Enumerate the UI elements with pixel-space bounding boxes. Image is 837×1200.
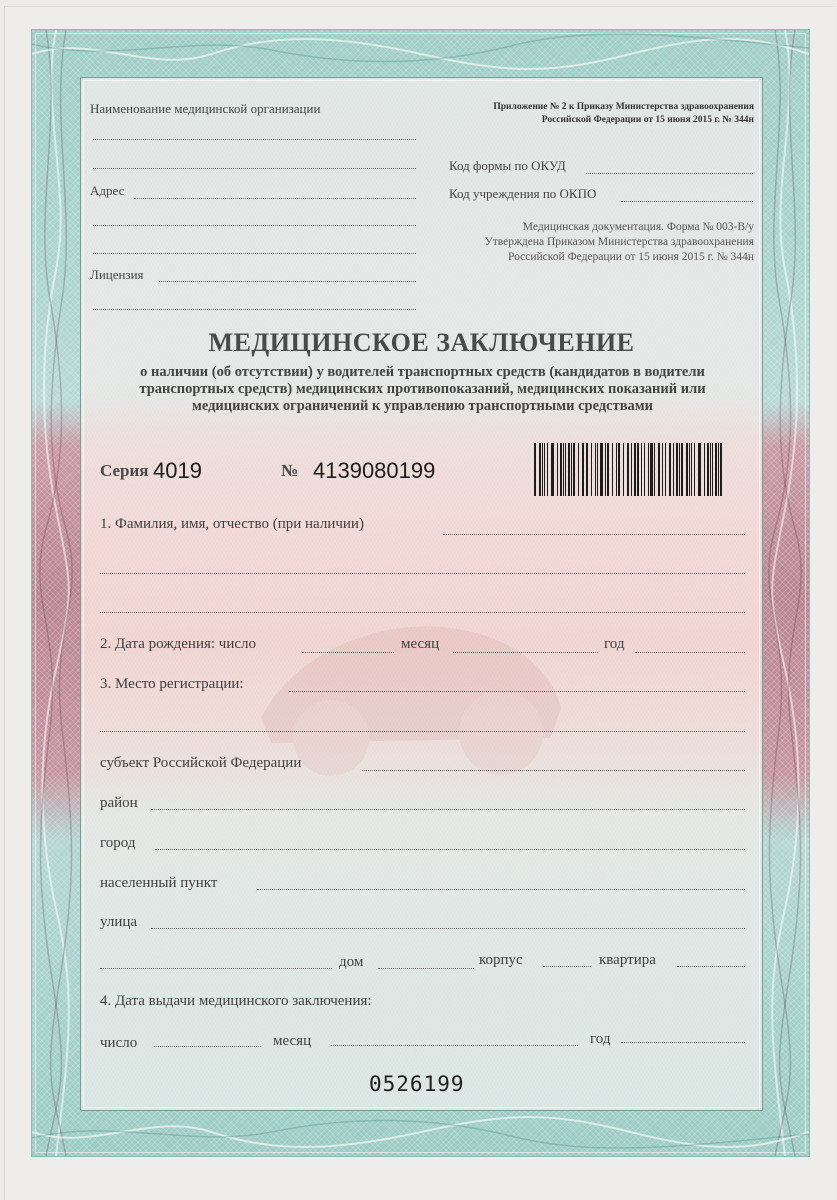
issue-day-label: число — [100, 1035, 137, 1052]
address-line-2[interactable] — [93, 225, 416, 226]
birth-month-field[interactable] — [453, 652, 598, 653]
okud-field[interactable] — [586, 173, 753, 174]
issue-day-field[interactable] — [154, 1046, 261, 1047]
subject-label: субъект Российской Федерации — [100, 755, 301, 772]
street-field[interactable] — [151, 928, 745, 929]
address-label: Адрес — [90, 183, 124, 199]
left-border-ornament — [32, 30, 80, 1156]
appendix-line-2: Российской Федерации от 15 июня 2015 г. … — [493, 114, 754, 127]
building-field[interactable] — [543, 966, 591, 967]
settlement-field[interactable] — [257, 889, 745, 890]
appendix-note: Приложение № 2 к Приказу Министерства зд… — [493, 101, 754, 127]
birth-date-label: 2. Дата рождения: число — [100, 636, 256, 653]
city-field[interactable] — [155, 849, 745, 850]
district-label: район — [100, 795, 138, 812]
full-name-line-2[interactable] — [100, 573, 745, 574]
full-name-line-3[interactable] — [100, 612, 745, 613]
document-subtitle: о наличии (об отсутствии) у водителей тр… — [106, 364, 739, 415]
appendix-line-1: Приложение № 2 к Приказу Министерства зд… — [493, 101, 754, 114]
issue-year-label: год — [590, 1031, 610, 1048]
license-line-1[interactable] — [159, 281, 416, 282]
issue-date-label: 4. Дата выдачи медицинского заключения: — [100, 993, 372, 1010]
okpo-field[interactable] — [621, 201, 753, 202]
bottom-border-ornament — [32, 1108, 809, 1156]
birth-year-field[interactable] — [635, 652, 745, 653]
city-label: город — [100, 835, 135, 852]
birth-day-field[interactable] — [302, 652, 394, 653]
form-reference: Медицинская документация. Форма № 003-В/… — [485, 220, 754, 265]
building-label: корпус — [479, 952, 523, 969]
full-name-field[interactable] — [443, 534, 745, 535]
address-line-1[interactable] — [134, 198, 416, 199]
number-value: 4139080199 — [313, 458, 435, 484]
form-number: Медицинская документация. Форма № 003-В/… — [485, 220, 754, 235]
apartment-field[interactable] — [677, 966, 745, 967]
org-name-line-1[interactable] — [93, 139, 416, 140]
registration-label: 3. Место регистрации: — [100, 676, 244, 693]
form-approval-date: Российской Федерации от 15 июня 2015 г. … — [485, 250, 754, 265]
org-name-line-2[interactable] — [93, 168, 416, 169]
okud-label: Код формы по ОКУД — [449, 158, 566, 174]
blank-serial-number: 0526199 — [369, 1072, 465, 1096]
barcode-icon — [534, 443, 729, 496]
document-title: МЕДИЦИНСКОЕ ЗАКЛЮЧЕНИЕ — [81, 328, 762, 358]
settlement-label: населенный пункт — [100, 875, 217, 892]
subject-field[interactable] — [362, 770, 745, 771]
birth-month-label: месяц — [401, 636, 439, 653]
address-line-3[interactable] — [93, 253, 416, 254]
license-label: Лицензия — [90, 267, 144, 283]
registration-line-2[interactable] — [100, 731, 745, 732]
registration-field[interactable] — [289, 691, 745, 692]
license-line-2[interactable] — [93, 309, 416, 310]
top-border-ornament — [32, 30, 809, 78]
street-label: улица — [100, 914, 137, 931]
district-field[interactable] — [151, 809, 745, 810]
full-name-label: 1. Фамилия, имя, отчество (при наличии) — [100, 516, 364, 533]
issue-month-label: месяц — [273, 1033, 311, 1050]
issue-year-field[interactable] — [621, 1042, 745, 1043]
issue-month-field[interactable] — [331, 1045, 578, 1046]
right-border-ornament — [761, 30, 809, 1156]
series-label: Серия — [100, 461, 148, 481]
house-field[interactable] — [378, 968, 474, 969]
form-approval-line: Утверждена Приказом Министерства здравоо… — [485, 235, 754, 250]
okpo-label: Код учреждения по ОКПО — [449, 186, 596, 202]
apartment-label: квартира — [599, 952, 656, 969]
birth-year-label: год — [604, 636, 624, 653]
org-name-label: Наименование медицинской организации — [90, 101, 320, 117]
number-label: № — [281, 461, 298, 481]
form-panel: Наименование медицинской организации Адр… — [80, 77, 763, 1111]
house-label: дом — [339, 954, 363, 971]
series-value: 4019 — [153, 458, 202, 484]
street-line-2[interactable] — [100, 968, 332, 969]
